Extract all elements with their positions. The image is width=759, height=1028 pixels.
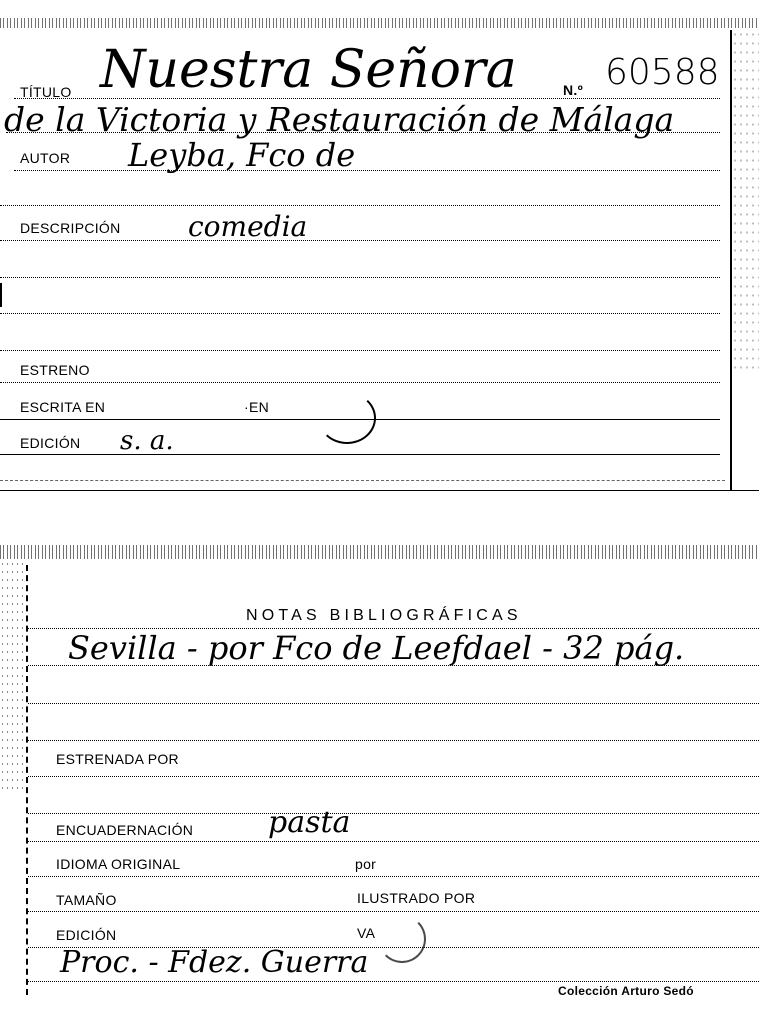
estreno-label: ESTRENO [20,362,90,378]
idioma-original-label: IDIOMA ORIGINAL [56,856,180,872]
blank-rule-1 [0,205,720,206]
notas-heading: NOTAS BIBLIOGRÁFICAS [246,607,522,625]
edicion-value: s. a. [120,426,174,456]
encuadernacion-label: ENCUADERNACIÓN [56,822,193,838]
margin-mark [0,283,2,307]
ilustrado-por-label: ILUSTRADO POR [357,890,475,906]
blank-rule-3 [0,313,720,314]
escrita-en-label: ESCRITA EN [20,399,105,415]
autor-label: AUTOR [20,150,70,166]
card-top-edge-texture [0,18,759,28]
autor-rule [14,170,720,171]
procedencia-rule [28,981,759,982]
blank-rule-5 [28,813,759,814]
tamano-rule [28,911,759,912]
tamano-label: TAMAÑO [56,892,117,908]
notas-rule-4 [28,740,759,741]
idioma-original-rule [28,876,759,877]
descripcion-value: comedia [188,210,307,243]
autor-value: Leyba, Fco de [128,136,355,174]
stamp-mark-2 [378,915,426,963]
blank-rule-4 [0,350,720,351]
card-back-edge-texture [0,545,759,559]
estrenada-por-label: ESTRENADA POR [56,751,179,767]
notas-value-line1: Sevilla - por Fco de Leefdael - 32 pág. [68,629,684,667]
descripcion-rule [0,240,720,241]
va-label: VA [357,925,375,941]
titulo-value-line1: Nuestra Señora [100,40,517,100]
notas-rule-3 [28,703,759,704]
card-front-bottom-edge [0,490,759,491]
encuadernacion-value: pasta [268,805,350,840]
numero-value: 60588 [605,52,720,93]
catalog-card-front: TÍTULO Nuestra Señora N.º 60588 de la Vi… [0,30,732,490]
notas-rule-2 [28,665,759,666]
en-label: ·EN [244,399,269,415]
procedencia-value: Proc. - Fdez. Guerra [60,945,368,980]
titulo-rule-2 [6,132,720,133]
titulo-rule [14,98,720,99]
titulo-value-line2: de la Victoria y Restauración de Málaga [4,100,674,139]
side-speckle-texture-left [0,560,24,790]
coleccion-footer: Colección Arturo Sedó [558,984,694,998]
estreno-rule [0,382,720,383]
numero-label: N.º [563,82,583,98]
descripcion-label: DESCRIPCIÓN [20,220,121,236]
bottom-rule [0,480,725,481]
blank-rule-2 [0,277,720,278]
edicion-label: EDICIÓN [20,435,80,451]
catalog-card-back: NOTAS BIBLIOGRÁFICAS Sevilla - por Fco d… [26,565,759,995]
estrenada-por-rule [28,776,759,777]
encuadernacion-rule [28,841,759,842]
side-speckle-texture [732,30,759,370]
por-label: por [355,856,376,872]
edicion-label-2: EDICIÓN [56,927,116,943]
edicion-rule [0,454,720,455]
stamp-mark [318,392,376,444]
